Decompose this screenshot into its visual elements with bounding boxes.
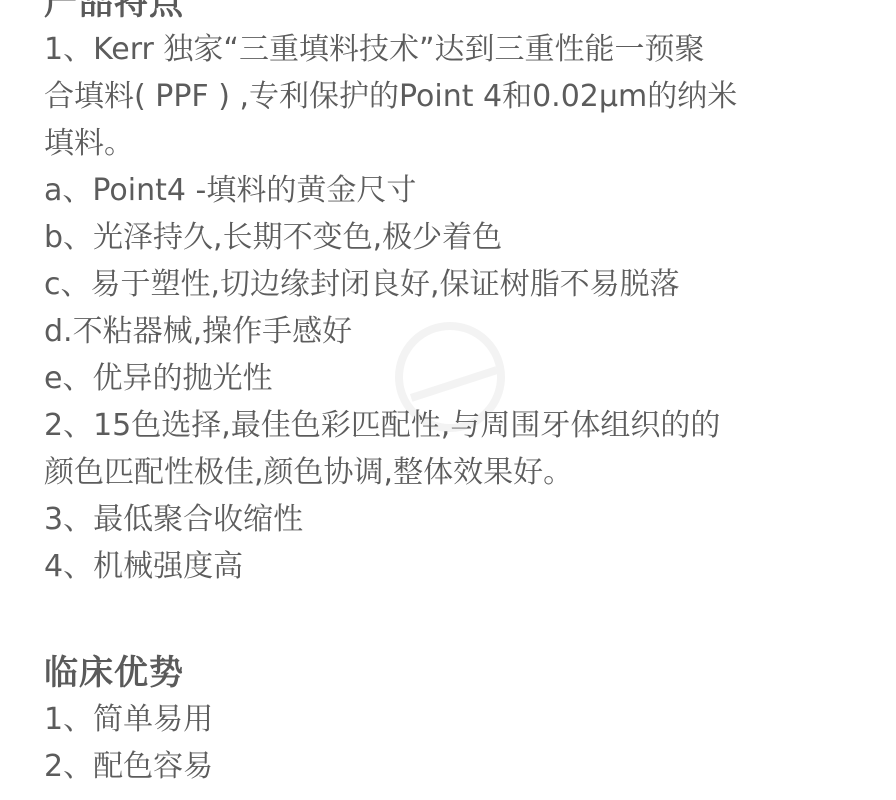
section-heading-clinical: 临床优势 [44, 650, 864, 696]
feature-line-d: d.不粘器械,操作手感好 [44, 308, 864, 355]
clinical-line-2: 2、配色容易 [44, 743, 864, 790]
feature-line-b: b、光泽持久,长期不变色,极少着色 [44, 214, 864, 261]
section-spacer [44, 590, 864, 650]
feature-line-1: 1、Kerr 独家“三重填料技术”达到三重性能一预聚 [44, 26, 864, 73]
feature-line-e: e、优异的抛光性 [44, 355, 864, 402]
section-clinical-advantages: 临床优势 1、简单易用 2、配色容易 [44, 650, 864, 790]
clinical-line-1: 1、简单易用 [44, 696, 864, 743]
feature-line-a: a、Point4 -填料的黄金尺寸 [44, 167, 864, 214]
feature-line-c: c、易于塑性,切边缘封闭良好,保证树脂不易脱落 [44, 261, 864, 308]
feature-line-color-2: 颜色匹配性极佳,颜色协调,整体效果好。 [44, 449, 864, 496]
feature-line-shrinkage: 3、最低聚合收缩性 [44, 496, 864, 543]
feature-line-strength: 4、机械强度高 [44, 543, 864, 590]
section-product-features: 产品特点 1、Kerr 独家“三重填料技术”达到三重性能一预聚 合填料( PPF… [44, 0, 864, 590]
feature-line-2: 合填料( PPF ) ,专利保护的Point 4和0.02μm的纳米 [44, 73, 864, 120]
product-description: 产品特点 1、Kerr 独家“三重填料技术”达到三重性能一预聚 合填料( PPF… [44, 0, 864, 790]
section-heading-features: 产品特点 [44, 0, 864, 26]
feature-line-color-1: 2、15色选择,最佳色彩匹配性,与周围牙体组织的的 [44, 402, 864, 449]
feature-line-3: 填料。 [44, 120, 864, 167]
